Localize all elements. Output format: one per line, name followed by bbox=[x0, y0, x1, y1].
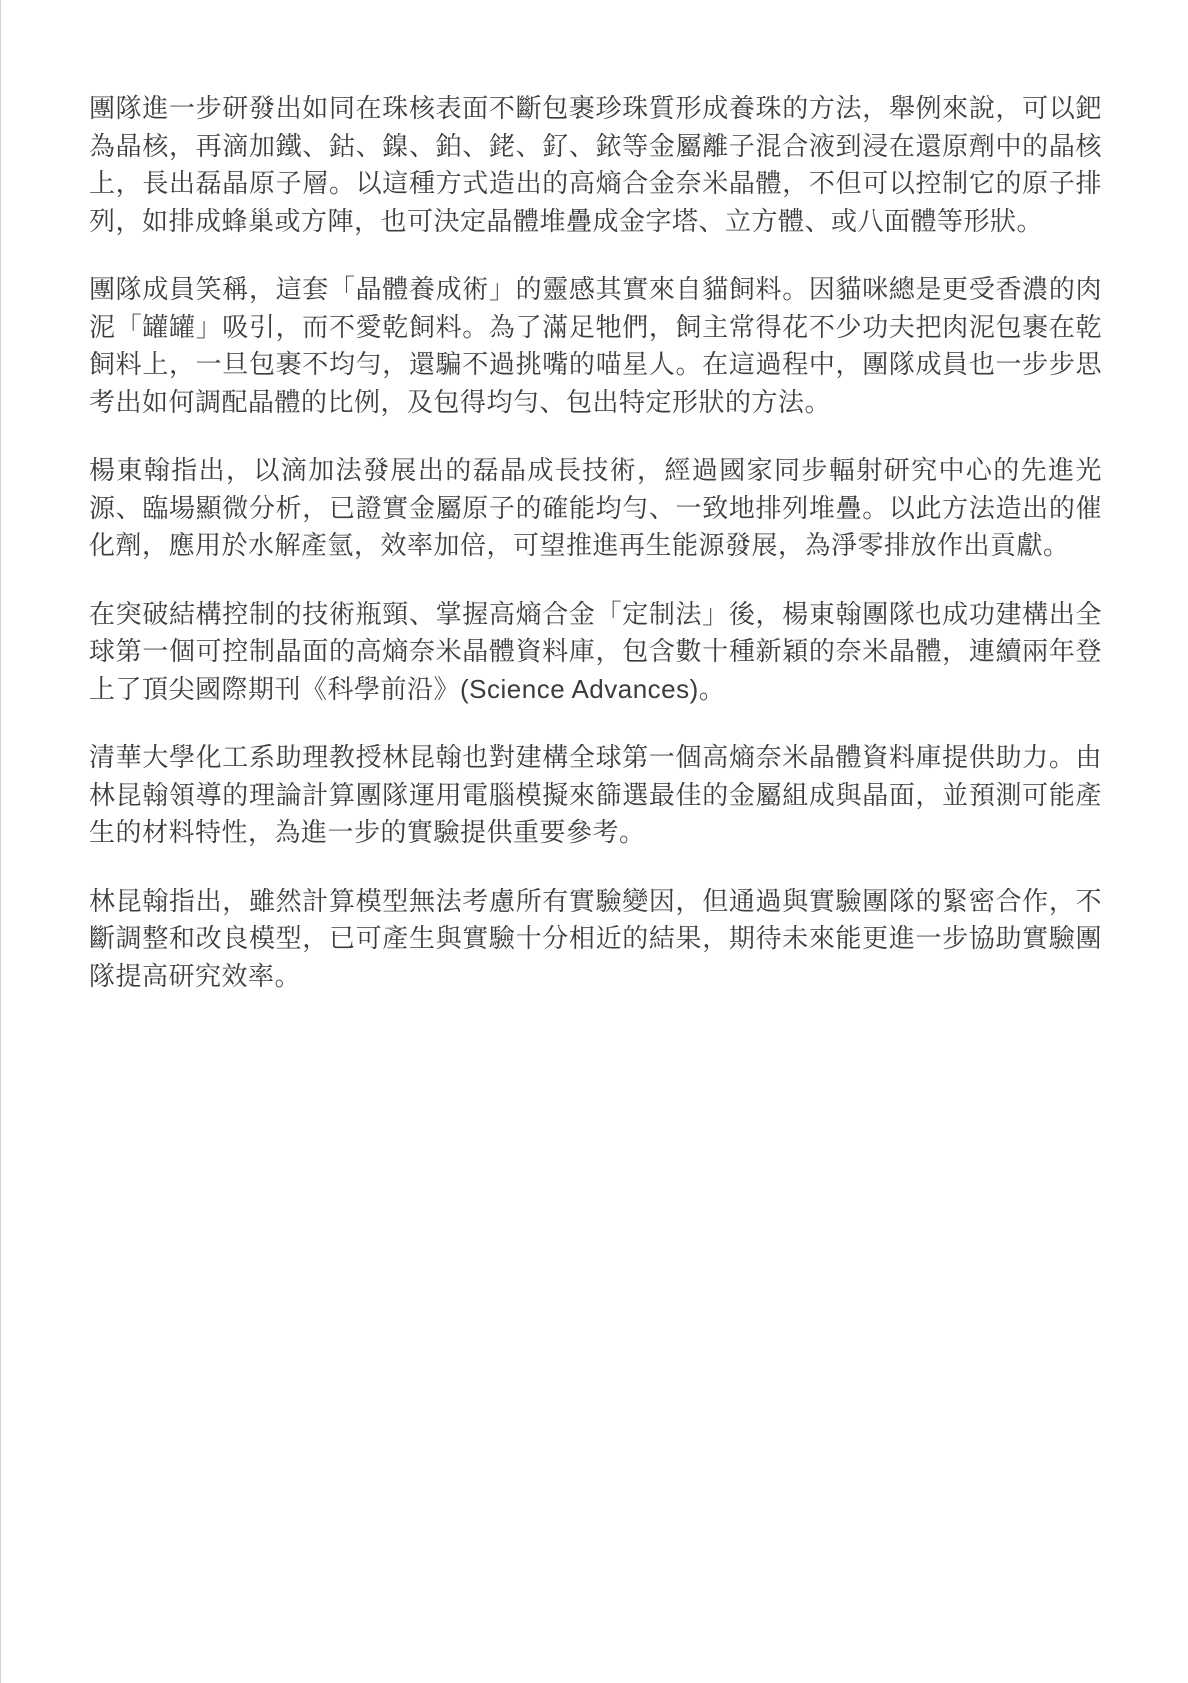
paragraph-crystal-growing-method: 團隊進一步研發出如同在珠核表面不斷包裹珍珠質形成養珠的方法，舉例來說，可以鈀為晶… bbox=[89, 90, 1102, 240]
article-body: 團隊進一步研發出如同在珠核表面不斷包裹珍珠質形成養珠的方法，舉例來說，可以鈀為晶… bbox=[1, 0, 1188, 995]
paragraph-model-collaboration: 林昆翰指出，雖然計算模型無法考慮所有實驗變因，但通過與實驗團隊的緊密合作，不斷調… bbox=[89, 883, 1102, 996]
paragraph-cat-food-inspiration: 團隊成員笑稱，這套「晶體養成術」的靈感其實來自貓飼料。因貓咪總是更受香濃的肉泥「… bbox=[89, 271, 1102, 421]
paragraph-synchrotron-verification: 楊東翰指出，以滴加法發展出的磊晶成長技術，經過國家同步輻射研究中心的先進光源、臨… bbox=[89, 452, 1102, 565]
paragraph-nanocrystal-database: 在突破結構控制的技術瓶頸、掌握高熵合金「定制法」後，楊東翰團隊也成功建構出全球第… bbox=[89, 596, 1102, 709]
document-page: 團隊進一步研發出如同在珠核表面不斷包裹珍珠質形成養珠的方法，舉例來說，可以鈀為晶… bbox=[0, 0, 1188, 1683]
paragraph-computational-team: 清華大學化工系助理教授林昆翰也對建構全球第一個高熵奈米晶體資料庫提供助力。由林昆… bbox=[89, 739, 1102, 852]
